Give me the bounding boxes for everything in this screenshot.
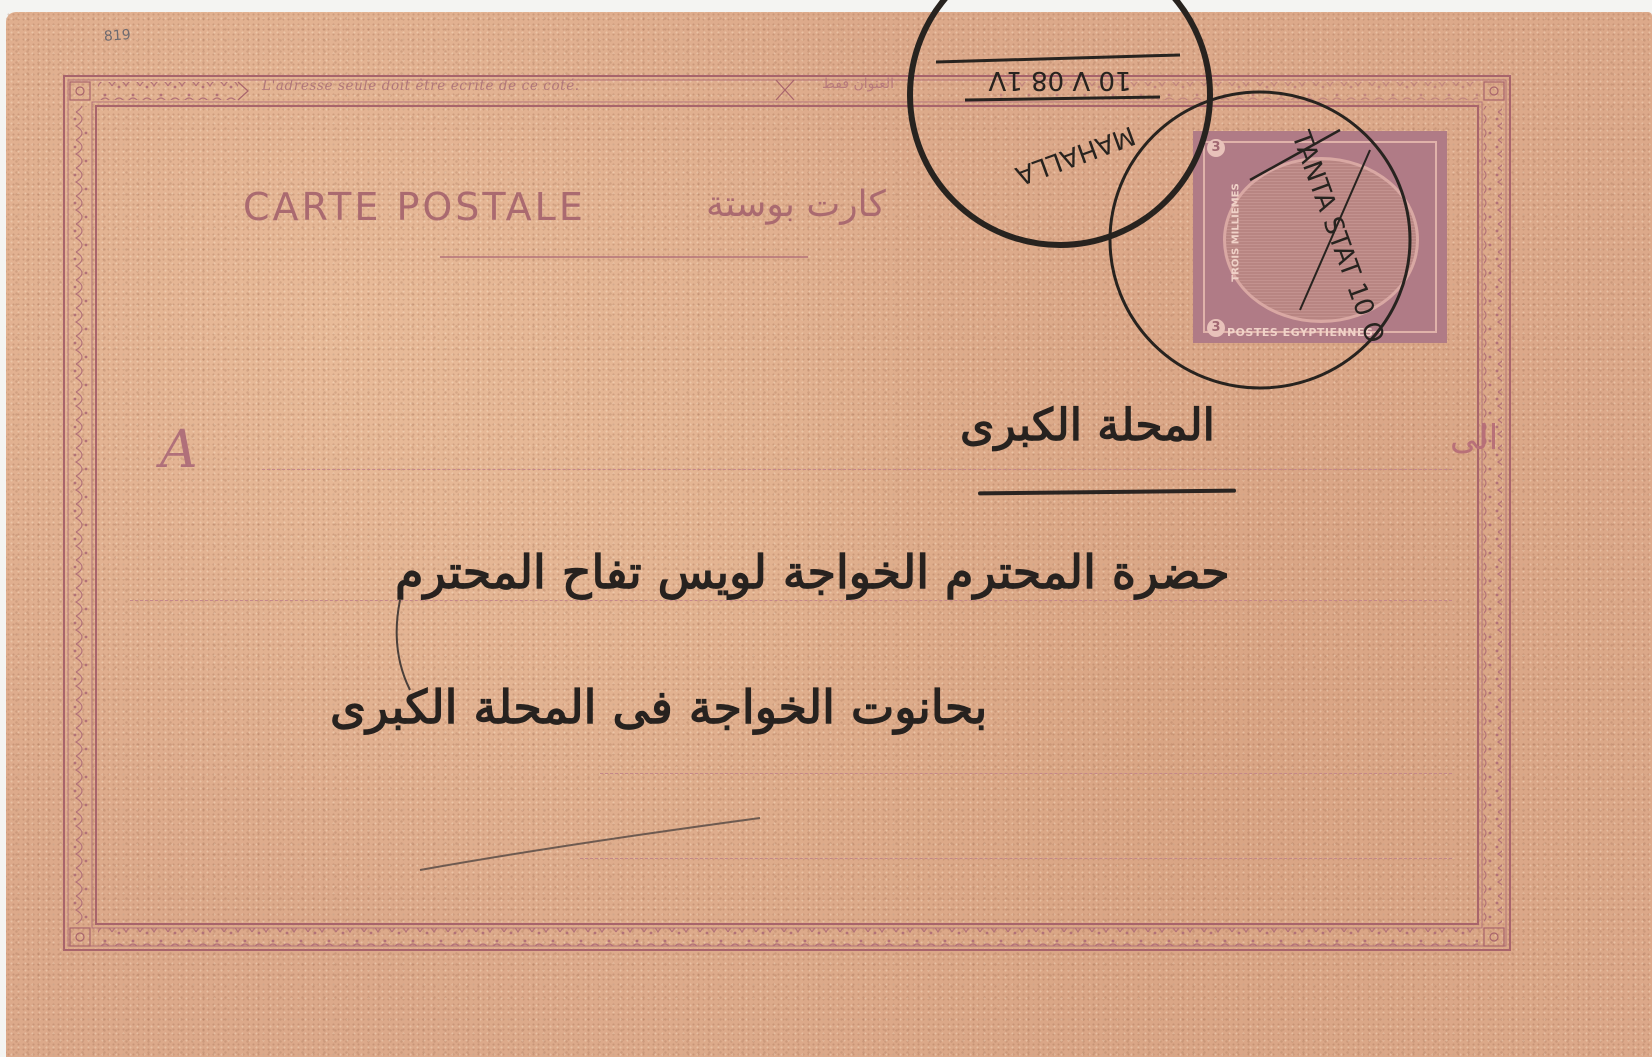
handwritten-strokes bbox=[0, 0, 1652, 1057]
